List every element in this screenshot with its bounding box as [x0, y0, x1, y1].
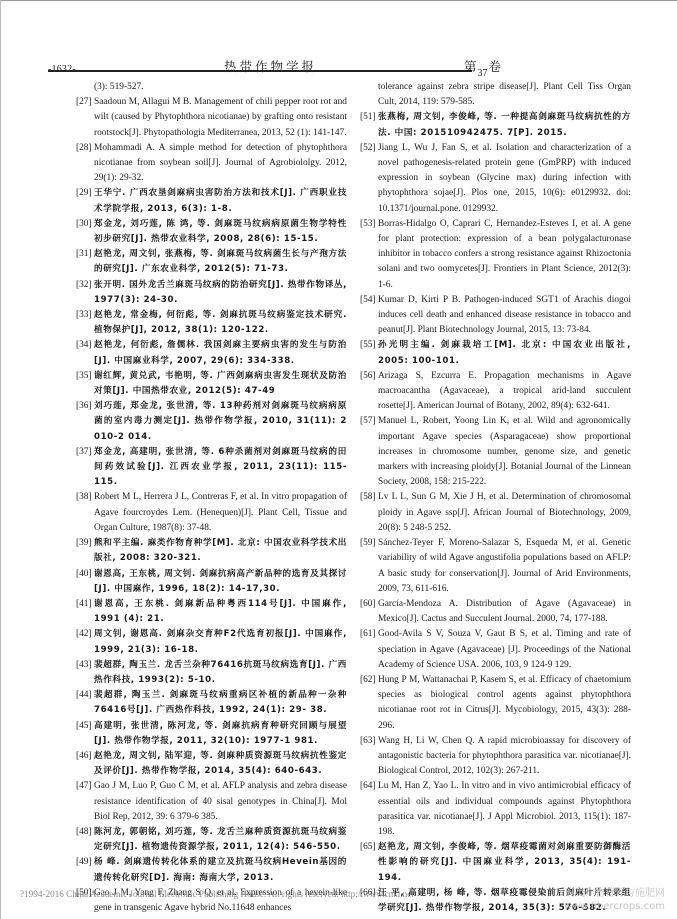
- references-left-column: (3): 519-527. [27]Saadoun M, Allagui M B…: [80, 80, 347, 916]
- volume-number: 37: [478, 68, 488, 79]
- reference-item: [61]Good-Avila S V, Souza V, Gaut B S, e…: [364, 627, 631, 673]
- reference-item: [31]赵艳龙, 周文钊, 张燕梅, 等. 剑麻斑马纹病菌生长与产孢方法的研究[…: [80, 247, 347, 277]
- reference-text: 高建明, 张世清, 陈河龙, 等. 剑麻抗病育种研究回顾与展望[J]. 热带作物…: [94, 721, 347, 746]
- reference-text: 赵艳龙, 周文钊, 李俊峰, 等. 烟草疫霉菌对剑麻重要防御酶活性影响的研究[J…: [378, 842, 631, 882]
- reference-number: [54]: [360, 293, 376, 308]
- reference-text: 裴超群, 陶玉兰. 龙舌兰杂种76416抗斑马纹病选育[J]. 广西热作科技, …: [94, 660, 347, 685]
- reference-item: [29]王华宁. 广西农垦剑麻病虫害防治方法和技术[J]. 广西职业技术学院学报…: [80, 186, 347, 216]
- reference-item: [52]Jiang L, Wu J, Fan S, et al. Isolati…: [364, 141, 631, 217]
- reference-text: 赵艳龙, 周文钊, 陆军迎, 等. 剑麻种质资源斑马纹病抗性鉴定及评价[J]. …: [94, 751, 347, 776]
- reference-text: Borras-Hidalgo O, Caprari C, Hernandez-E…: [378, 219, 631, 290]
- reference-text: Gao J M, Luo P, Guo C M, et al. AFLP ana…: [94, 781, 347, 821]
- reference-item: [59]Sánchez-Teyer F, Moreno-Salazar S, E…: [364, 536, 631, 597]
- reference-number: [36]: [76, 399, 92, 414]
- reference-text: 赵艳龙, 周文钊, 张燕梅, 等. 剑麻斑马纹病菌生长与产孢方法的研究[J]. …: [94, 249, 347, 274]
- reference-item: [27]Saadoun M, Allagui M B. Management o…: [80, 95, 347, 141]
- reference-item: [62]Hung P M, Wattanachai P, Kasem S, et…: [364, 673, 631, 734]
- reference-item: [56]Arizaga S, Ezcurra E. Propagation me…: [364, 369, 631, 415]
- reference-text: 张开明. 国外龙舌兰麻斑马纹病的防治研究[J]. 热带作物译丛, 1977(3)…: [94, 280, 347, 305]
- reference-item: [58]Lv L L, Sun G M, Xie J H, et al. Det…: [364, 490, 631, 536]
- reference-number: [62]: [360, 673, 376, 688]
- reference-number: [65]: [360, 840, 376, 855]
- reference-number: [34]: [76, 338, 92, 353]
- reference-item: [42]周文钊, 谢恩高. 剑麻杂交育种F2代选育初报[J]. 中国麻作, 19…: [80, 627, 347, 657]
- reference-number: [38]: [76, 490, 92, 505]
- reference-item: [34]赵艳龙, 何衍彪, 詹儒林. 我国剑麻主要病虫害的发生与防治[J]. 中…: [80, 338, 347, 368]
- reference-continuation: tolerance against zebra stripe disease[J…: [364, 80, 631, 110]
- reference-text: 谢恩高, 王东桃, 周文钊. 剑麻抗病高产新品种的选育及其探讨[J]. 中国麻作…: [94, 569, 347, 594]
- reference-text: Sánchez-Teyer F, Moreno-Salazar S, Esque…: [378, 538, 631, 594]
- reference-text: Manuel L, Robert, Yoong Lin K, et al. Wi…: [378, 416, 631, 487]
- reference-number: [27]: [76, 95, 92, 110]
- reference-number: [60]: [360, 597, 376, 612]
- reference-number: [35]: [76, 369, 92, 384]
- watermark: 麻类作物营养与施肥网 www.fibercrops.com: [564, 887, 665, 913]
- reference-text: García-Mendoza A. Distribution of Agave …: [378, 599, 631, 624]
- reference-text: Hung P M, Wattanachai P, Kasem S, et al.…: [378, 675, 631, 731]
- reference-item: [49]杨 峰. 剑麻遗传转化体系的建立及抗斑马纹病Hevein基因的遗传转化研…: [80, 855, 347, 885]
- reference-item: [65]赵艳龙, 周文钊, 李俊峰, 等. 烟草疫霉菌对剑麻重要防御酶活性影响的…: [364, 840, 631, 886]
- journal-title: 热带作物学报: [224, 57, 317, 75]
- reference-item: [43]裴超群, 陶玉兰. 龙舌兰杂种76416抗斑马纹病选育[J]. 广西热作…: [80, 658, 347, 688]
- reference-item: [33]赵艳龙, 常金梅, 何衍彪, 等. 剑麻抗斑马纹病鉴定技术研究. 植物保…: [80, 308, 347, 338]
- reference-number: [46]: [76, 749, 92, 764]
- reference-number: [40]: [76, 567, 92, 582]
- reference-item: [37]郑金龙, 高建明, 张世清, 等. 6种杀菌剂对剑麻斑马纹病的田间药效试…: [80, 445, 347, 491]
- header-rule: [48, 70, 472, 72]
- reference-text: 张燕梅, 周文钊, 李俊峰, 等. 一种提高剑麻斑马纹病抗性的方法. 中国: 2…: [378, 112, 631, 137]
- reference-item: [47]Gao J M, Luo P, Guo C M, et al. AFLP…: [80, 779, 347, 825]
- reference-number: [30]: [76, 217, 92, 232]
- reference-number: [41]: [76, 597, 92, 612]
- reference-text: 郑金龙, 刘巧莲, 陈 鸿, 等. 剑麻斑马纹病病原菌生物学特性初步研究[J].…: [94, 219, 347, 244]
- reference-text: 熊和平主编. 麻类作物育种学[M]. 北京: 中国农业科学技术出版社, 2008…: [94, 538, 347, 563]
- reference-number: [37]: [76, 445, 92, 460]
- reference-item: [55]孙光明主编. 剑麻栽培工[M]. 北京: 中国农业出版社, 2005: …: [364, 338, 631, 368]
- reference-text: Kumar D, Kirti P B. Pathogen-induced SGT…: [378, 295, 631, 335]
- page-frame-top: [0, 0, 677, 1]
- reference-number: [49]: [76, 855, 92, 870]
- watermark-site-name: 麻类作物营养与施肥网: [564, 887, 665, 900]
- reference-item: [38]Robert M L, Herrera J L, Contreras F…: [80, 490, 347, 536]
- reference-item: [40]谢恩高, 王东桃, 周文钊. 剑麻抗病高产新品种的选育及其探讨[J]. …: [80, 567, 347, 597]
- reference-number: [39]: [76, 536, 92, 551]
- reference-text: 刘巧莲, 郑金龙, 张世清, 等. 13种药剂对剑麻斑马纹病病原菌的室内毒力测定…: [94, 401, 347, 441]
- reference-number: [48]: [76, 825, 92, 840]
- reference-number: [42]: [76, 627, 92, 642]
- reference-number: [59]: [360, 536, 376, 551]
- reference-item: [41]谢恩高, 王东桃. 剑麻新品种粤西114号[J]. 中国麻作, 1991…: [80, 597, 347, 627]
- reference-item: [32]张开明. 国外龙舌兰麻斑马纹病的防治研究[J]. 热带作物译丛, 197…: [80, 278, 347, 308]
- reference-item: [39]熊和平主编. 麻类作物育种学[M]. 北京: 中国农业科学技术出版社, …: [80, 536, 347, 566]
- page-frame-left: [0, 0, 1, 919]
- volume-label: 第37卷: [464, 57, 501, 75]
- reference-number: [63]: [360, 734, 376, 749]
- reference-item: [60]García-Mendoza A. Distribution of Ag…: [364, 597, 631, 627]
- reference-number: [55]: [360, 338, 376, 353]
- reference-item: [44]裴超群, 陶玉兰. 剑麻斑马纹病重病区补植的新品种一杂种76416号[J…: [80, 688, 347, 718]
- reference-number: [51]: [360, 110, 376, 125]
- reference-text: 谢恩高, 王东桃. 剑麻新品种粤西114号[J]. 中国麻作, 1991 (4)…: [94, 599, 347, 624]
- reference-number: [53]: [360, 217, 376, 232]
- reference-number: [52]: [360, 141, 376, 156]
- reference-number: [45]: [76, 719, 92, 734]
- reference-item: [57]Manuel L, Robert, Yoong Lin K, et al…: [364, 414, 631, 490]
- reference-text: Saadoun M, Allagui M B. Management of ch…: [94, 97, 347, 137]
- reference-number: [31]: [76, 247, 92, 262]
- reference-item: [51]张燕梅, 周文钊, 李俊峰, 等. 一种提高剑麻斑马纹病抗性的方法. 中…: [364, 110, 631, 140]
- reference-item: [54]Kumar D, Kirti P B. Pathogen-induced…: [364, 293, 631, 339]
- reference-text: 周文钊, 谢恩高. 剑麻杂交育种F2代选育初报[J]. 中国麻作, 1999, …: [94, 629, 347, 654]
- reference-item: [53]Borras-Hidalgo O, Caprari C, Hernand…: [364, 217, 631, 293]
- reference-number: [56]: [360, 369, 376, 384]
- reference-text: 王华宁. 广西农垦剑麻病虫害防治方法和技术[J]. 广西职业技术学院学报, 20…: [94, 188, 347, 213]
- references-right-column: tolerance against zebra stripe disease[J…: [364, 80, 631, 916]
- reference-text: Wang H, Li W, Chen Q. A rapid microbioas…: [378, 736, 631, 776]
- reference-text: Lu M, Han Z, Yao L. In vitro and in vivo…: [378, 781, 631, 837]
- reference-number: [43]: [76, 658, 92, 673]
- reference-number: [32]: [76, 278, 92, 293]
- reference-text: Robert M L, Herrera J L, Contreras F, et…: [94, 492, 347, 532]
- reference-number: [44]: [76, 688, 92, 703]
- reference-text: Mohammadi A. A simple method for detecti…: [94, 143, 347, 183]
- reference-item: [30]郑金龙, 刘巧莲, 陈 鸿, 等. 剑麻斑马纹病病原菌生物学特性初步研究…: [80, 217, 347, 247]
- reference-text: 陈河龙, 郭朝铭, 刘巧莲, 等. 龙舌兰麻种质资源抗斑马纹病鉴定研究[J]. …: [94, 827, 347, 852]
- reference-text: 谢红辉, 黄兑武, 韦艳明, 等. 广西剑麻病虫害发生现状及防治对策[J]. 中…: [94, 371, 347, 396]
- watermark-url: www.fibercrops.com: [564, 900, 665, 913]
- reference-text: 孙光明主编. 剑麻栽培工[M]. 北京: 中国农业出版社, 2005: 100-…: [378, 340, 631, 365]
- reference-item: [28]Mohammadi A. A simple method for det…: [80, 141, 347, 187]
- reference-item: [46]赵艳龙, 周文钊, 陆军迎, 等. 剑麻种质资源斑马纹病抗性鉴定及评价[…: [80, 749, 347, 779]
- reference-item: [64]Lu M, Han Z, Yao L. In vitro and in …: [364, 779, 631, 840]
- reference-continuation: (3): 519-527.: [80, 80, 347, 95]
- reference-item: [36]刘巧莲, 郑金龙, 张世清, 等. 13种药剂对剑麻斑马纹病病原菌的室内…: [80, 399, 347, 445]
- reference-number: [28]: [76, 141, 92, 156]
- reference-text: 赵艳龙, 何衍彪, 詹儒林. 我国剑麻主要病虫害的发生与防治[J]. 中国麻业科…: [94, 340, 347, 365]
- reference-text: Good-Avila S V, Souza V, Gaut B S, et al…: [378, 629, 631, 669]
- reference-number: [64]: [360, 779, 376, 794]
- reference-number: [61]: [360, 627, 376, 642]
- reference-text: 杨 峰. 剑麻遗传转化体系的建立及抗斑马纹病Hevein基因的遗传转化研究[D]…: [94, 857, 347, 882]
- reference-number: [33]: [76, 308, 92, 323]
- reference-text: Lv L L, Sun G M, Xie J H, et al. Determi…: [378, 492, 631, 532]
- reference-text: Arizaga S, Ezcurra E. Propagation mechan…: [378, 371, 631, 411]
- reference-item: [48]陈河龙, 郭朝铭, 刘巧莲, 等. 龙舌兰麻种质资源抗斑马纹病鉴定研究[…: [80, 825, 347, 855]
- running-header: -1632- 热带作物学报 第37卷: [48, 52, 470, 72]
- reference-text: 郑金龙, 高建明, 张世清, 等. 6种杀菌剂对剑麻斑马纹病的田间药效试验[J]…: [94, 447, 347, 487]
- reference-text: 赵艳龙, 常金梅, 何衍彪, 等. 剑麻抗斑马纹病鉴定技术研究. 植物保护[J]…: [94, 310, 347, 335]
- reference-item: [63]Wang H, Li W, Chen Q. A rapid microb…: [364, 734, 631, 780]
- reference-item: [45]高建明, 张世清, 陈河龙, 等. 剑麻抗病育种研究回顾与展望[J]. …: [80, 719, 347, 749]
- reference-number: [57]: [360, 414, 376, 429]
- reference-item: [35]谢红辉, 黄兑武, 韦艳明, 等. 广西剑麻病虫害发生现状及防治对策[J…: [80, 369, 347, 399]
- reference-number: [58]: [360, 490, 376, 505]
- reference-number: [47]: [76, 779, 92, 794]
- reference-text: Jiang L, Wu J, Fan S, et al. Isolation a…: [378, 143, 631, 214]
- reference-number: [29]: [76, 186, 92, 201]
- reference-text: 裴超群, 陶玉兰. 剑麻斑马纹病重病区补植的新品种一杂种76416号[J]. 广…: [94, 690, 347, 715]
